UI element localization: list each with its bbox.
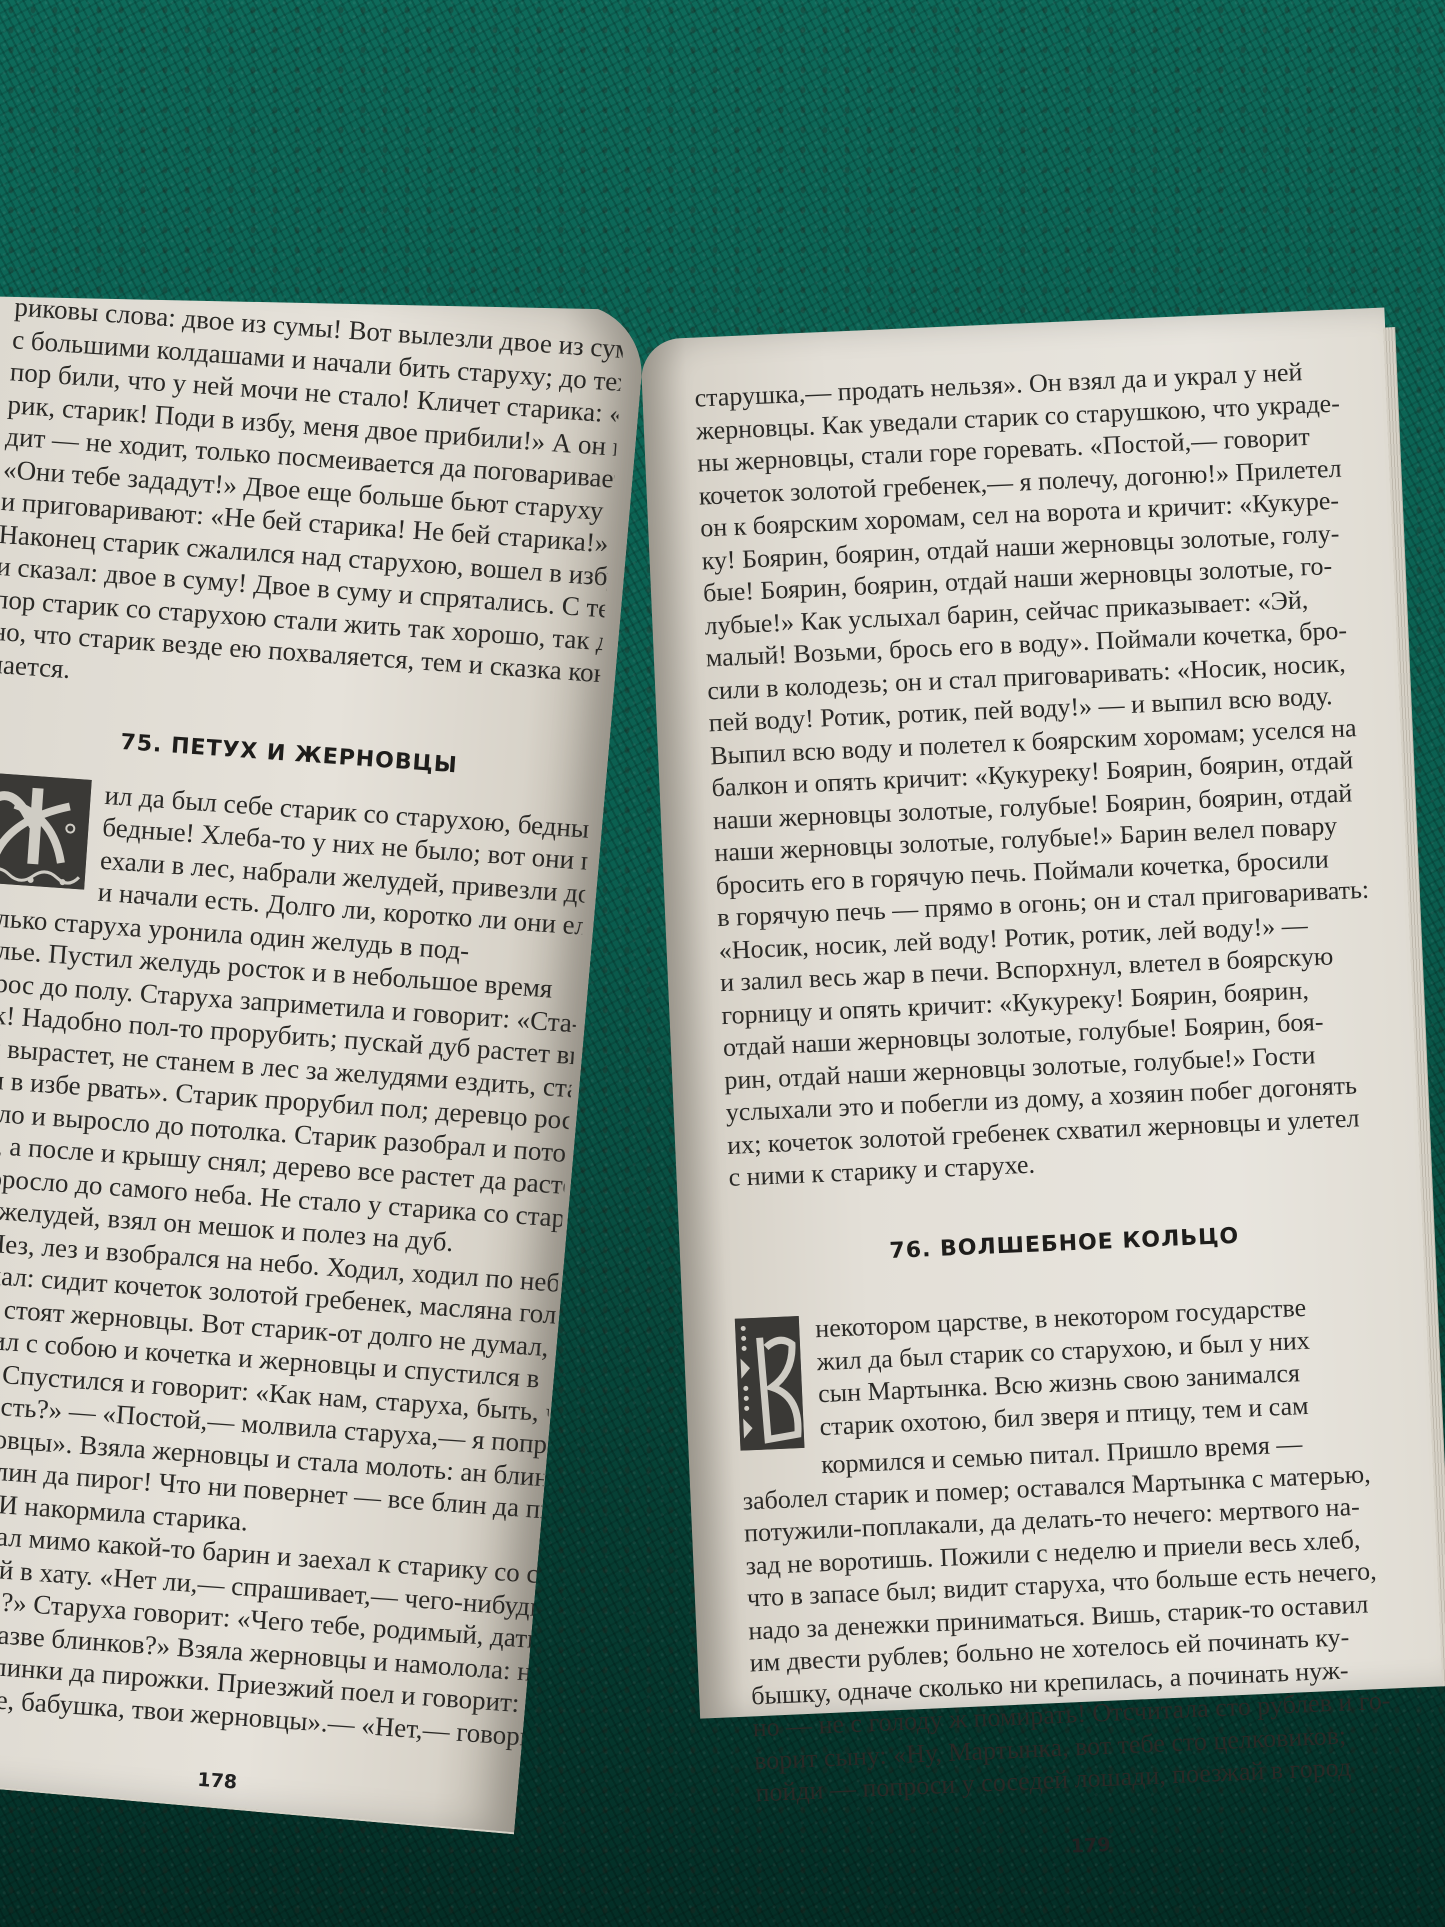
left-page: риковы слова: двое из сумы! Вот вылезли … xyxy=(0,250,647,1834)
right-page-text: старушка,— продать нельзя». Он взял да и… xyxy=(694,354,1424,1877)
drop-cap-ve-icon xyxy=(735,1316,805,1451)
page-number-left: 178 xyxy=(0,1744,523,1819)
story-76-opening: некотором царстве, в некотором государст… xyxy=(735,1288,1405,1453)
right-page: старушка,— продать нельзя». Он взял да и… xyxy=(640,308,1444,1719)
open-book: риковы слова: двое из сумы! Вот вылезли … xyxy=(0,0,1445,1927)
story-title-76: 76. ВОЛШЕБНОЕ КОЛЬЦО xyxy=(731,1213,1397,1274)
page-number-right: 179 xyxy=(758,1815,1424,1876)
left-page-text: риковы слова: двое из сумы! Вот вылезли … xyxy=(0,290,624,1818)
drop-cap-zhe-icon xyxy=(0,772,92,889)
